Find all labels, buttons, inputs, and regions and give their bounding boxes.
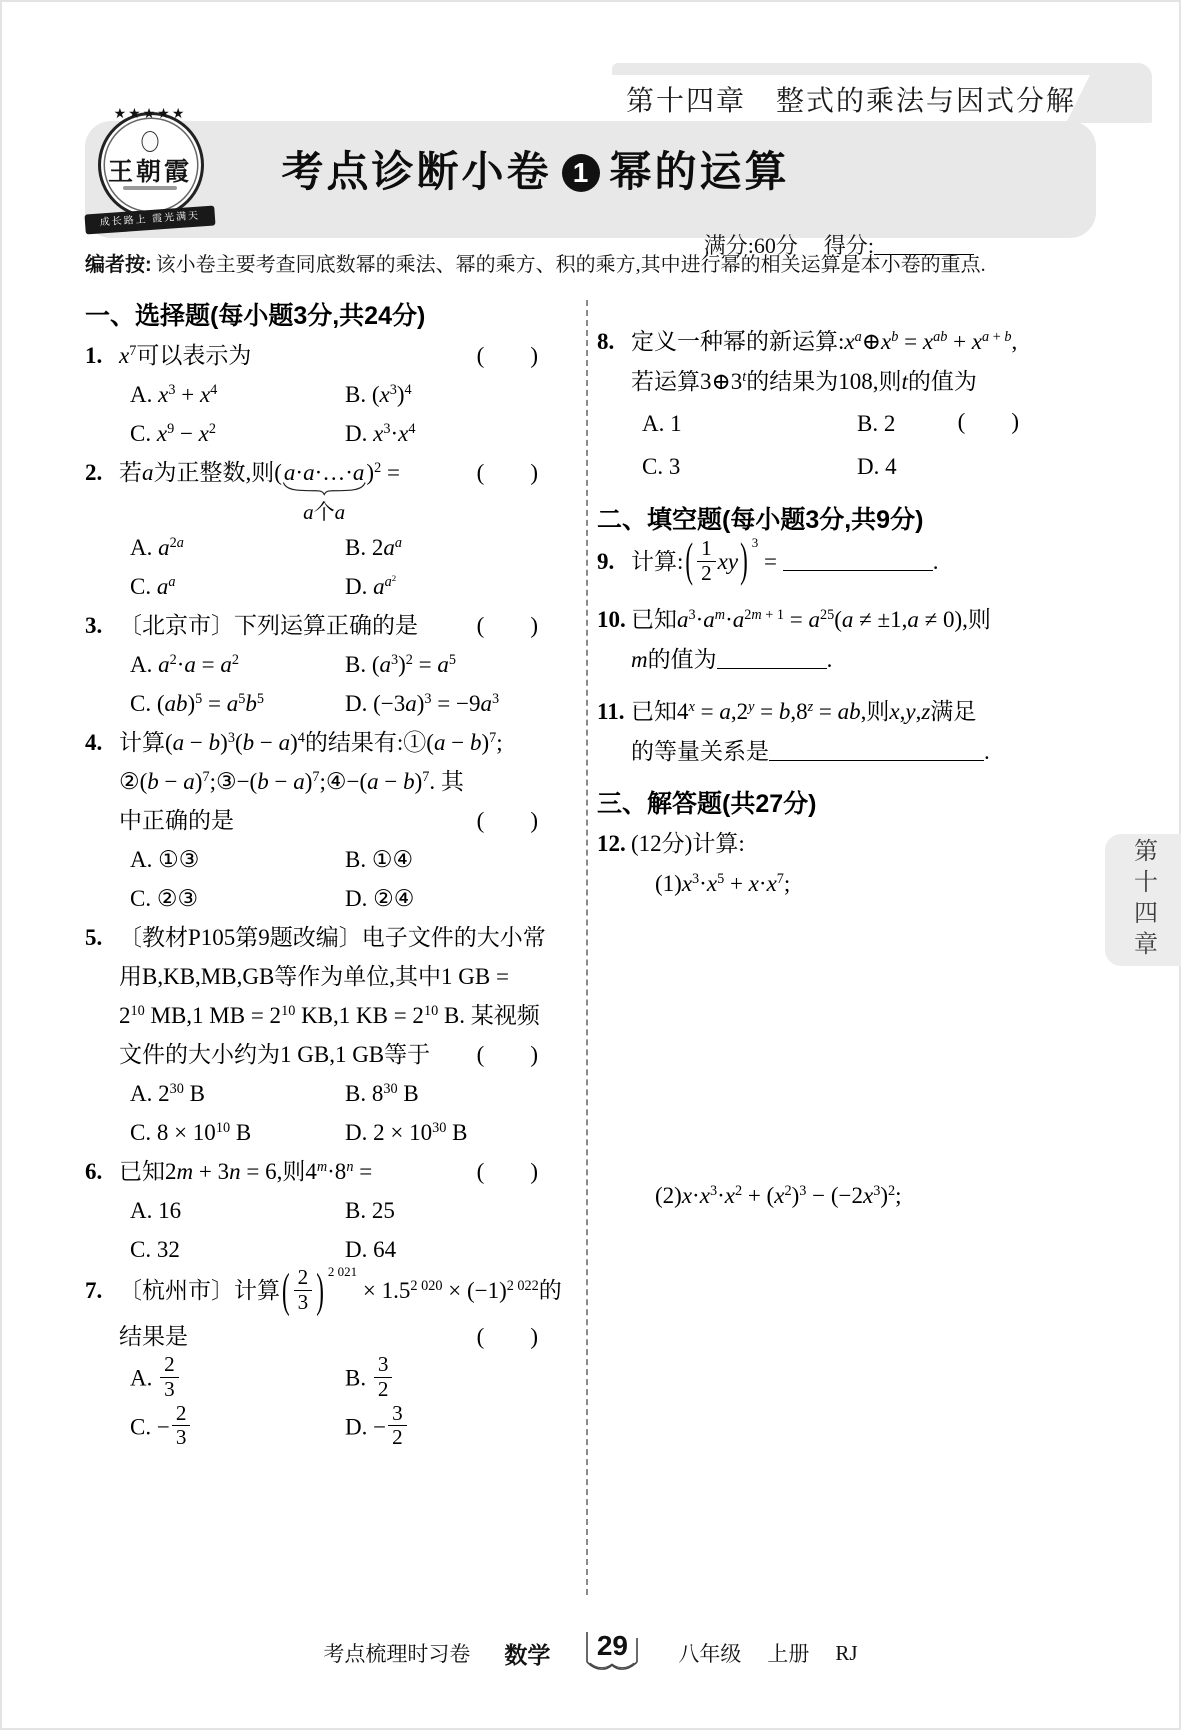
- question-text: (1)x3·x5 + x·x7;: [655, 871, 790, 896]
- option: C. x9 − x2: [130, 414, 345, 453]
- question-line: 7.〔杭州市〕计算(23)2 021 × 1.52 020 × (−1)2 02…: [85, 1269, 540, 1317]
- editor-note-text: 该小卷主要考查同底数幂的乘法、幂的乘方、积的乘方,其中进行幂的相关运算是本小卷的…: [156, 254, 986, 276]
- options: A. a2·a = a2B. (a3)2 = a5C. (ab)5 = a5b5…: [85, 645, 540, 723]
- underbrace-label: a个a: [303, 493, 345, 532]
- question-text: (2)x·x3·x2 + (x2)3 − (−2x3)2;: [655, 1183, 902, 1208]
- option: B. 32: [345, 1356, 540, 1404]
- question-text: 计算(a − b)3(b − a)4的结果有:①(a − b)7;: [119, 730, 503, 755]
- question-7: 7.〔杭州市〕计算(23)2 021 × 1.52 020 × (−1)2 02…: [85, 1269, 540, 1453]
- question-text: 〔北京市〕下列运算正确的是: [119, 613, 418, 638]
- question-text: 210 MB,1 MB = 210 KB,1 KB = 210 B. 某视频: [119, 1003, 540, 1028]
- option: B. ①④: [345, 840, 540, 879]
- question-text: 若运算3⊕3t的结果为108,则t的值为: [631, 369, 977, 394]
- option: D. 4: [857, 445, 1021, 488]
- question-number: 7.: [85, 1271, 119, 1310]
- question-text: 的等量关系是.: [631, 739, 990, 764]
- question-line: 6.已知2m + 3n = 6,则4m·8n =( ): [85, 1152, 540, 1191]
- option: A. ①③: [130, 840, 345, 879]
- options: A. x3 + x4B. (x3)4C. x9 − x2D. x3·x4: [85, 375, 540, 453]
- question-line: 9.计算:(12xy)3 = .: [597, 540, 1021, 588]
- question-line: ②(b − a)7;③−(b − a)7;④−(a − b)7. 其: [85, 762, 540, 801]
- question-number: 8.: [597, 322, 631, 362]
- options: A. 23B. 32C. −23D. −32: [85, 1356, 540, 1453]
- option: C. 8 × 1010 B: [130, 1113, 345, 1152]
- answer-parens: ( ): [477, 606, 538, 645]
- options: A. 16B. 25C. 32D. 64: [85, 1191, 540, 1269]
- question-text: )2 =: [366, 460, 400, 485]
- question-line: m的值为.: [597, 640, 1021, 680]
- question-text: ②(b − a)7;③−(b − a)7;④−(a − b)7. 其: [119, 769, 464, 794]
- stars-icon: ★★★★★: [88, 106, 212, 122]
- question-number: 12.: [597, 824, 631, 864]
- option: C. 32: [130, 1230, 345, 1269]
- question-3: 3.〔北京市〕下列运算正确的是( )A. a2·a = a2B. (a3)2 =…: [85, 606, 540, 723]
- question-text: 已知2m + 3n = 6,则4m·8n =: [119, 1159, 372, 1184]
- option: B. 2aa: [345, 528, 540, 567]
- section-heading: 三、解答题(共27分): [597, 784, 1021, 824]
- question-text: 已知4x = a,2y = b,8z = ab,则x,y,z满足: [631, 699, 976, 724]
- question-number: 6.: [85, 1152, 119, 1191]
- question-8: 8.定义一种幂的新运算:xa⊕xb = xab + xa + b,若运算3⊕3t…: [597, 322, 1021, 488]
- question-line: (2)x·x3·x2 + (x2)3 − (−2x3)2;: [597, 1176, 1021, 1216]
- question-line: 结果是( ): [85, 1317, 540, 1356]
- question-number: 11.: [597, 692, 631, 732]
- question-text: 用B,KB,MB,GB等作为单位,其中1 GB =: [119, 964, 509, 989]
- answer-parens: ( ): [477, 1317, 538, 1356]
- options: A. 230 BB. 830 BC. 8 × 1010 BD. 2 × 1030…: [85, 1074, 540, 1152]
- page-title-suffix: 幂的运算: [610, 148, 790, 195]
- question-line: 11.已知4x = a,2y = b,8z = ab,则x,y,z满足: [597, 692, 1021, 732]
- question-line: 5.〔教材P105第9题改编〕电子文件的大小常: [85, 918, 540, 957]
- option: D. x3·x4: [345, 414, 540, 453]
- page-title: 考点诊断小卷1幂的运算: [85, 139, 1096, 199]
- footer-edition: RJ: [835, 1641, 857, 1666]
- question-line: (1)x3·x5 + x·x7;: [597, 864, 1021, 904]
- question-line: 2.若a为正整数,则(a·a·…·aa个a)2 =( ): [85, 453, 540, 492]
- section-heading: 一、选择题(每小题3分,共24分): [85, 296, 540, 336]
- question-line: 1.x7可以表示为( ): [85, 336, 540, 375]
- footer-series: 考点梳理时习卷: [323, 1638, 470, 1668]
- question-number: 5.: [85, 918, 119, 957]
- circled-1-icon: 1: [562, 154, 600, 192]
- question-line: 用B,KB,MB,GB等作为单位,其中1 GB =: [85, 957, 540, 996]
- question-number: 1.: [85, 336, 119, 375]
- question-text: 〔教材P105第9题改编〕电子文件的大小常: [119, 925, 546, 950]
- question-1: 1.x7可以表示为( )A. x3 + x4B. (x3)4C. x9 − x2…: [85, 336, 540, 453]
- left-column: 一、选择题(每小题3分,共24分)1.x7可以表示为( )A. x3 + x4B…: [85, 296, 540, 1453]
- question-text: 计算:(12xy)3 = .: [631, 549, 938, 574]
- question-2: 2.若a为正整数,则(a·a·…·aa个a)2 =( )A. a2aB. 2aa…: [85, 453, 540, 606]
- question-number: 2.: [85, 453, 119, 492]
- option: A. 1: [642, 402, 857, 445]
- question-line: 8.定义一种幂的新运算:xa⊕xb = xab + xa + b,: [597, 322, 1021, 362]
- portrait-icon: [142, 131, 159, 152]
- question-line: 中正确的是( ): [85, 801, 540, 840]
- option: A. 16: [130, 1191, 345, 1230]
- question-6: 6.已知2m + 3n = 6,则4m·8n =( )A. 16B. 25C. …: [85, 1152, 540, 1269]
- option: C. ②③: [130, 879, 345, 918]
- question-number: 10.: [597, 600, 631, 640]
- worksheet-page: 第十四章 整式的乘法与因式分解 考点诊断小卷1幂的运算 满分:60分得分: ★★…: [0, 0, 1181, 1730]
- question-text: 已知a3·am·a2m + 1 = a25(a ≠ ±1,a ≠ 0),则: [631, 607, 991, 632]
- editor-note: 编者按:该小卷主要考查同底数幂的乘法、幂的乘方、积的乘方,其中进行幂的相关运算是…: [85, 248, 1096, 277]
- question-text: 文件的大小约为1 GB,1 GB等于: [119, 1042, 430, 1067]
- option: D. −32: [345, 1405, 540, 1453]
- page-title-prefix: 考点诊断小卷: [281, 148, 551, 195]
- question-line: 210 MB,1 MB = 210 KB,1 KB = 210 B. 某视频: [85, 996, 540, 1035]
- page-number: 29: [580, 1630, 644, 1662]
- option: D. ②④: [345, 879, 540, 918]
- question-line: 若运算3⊕3t的结果为108,则t的值为: [597, 362, 1021, 402]
- answer-parens: ( ): [477, 1152, 538, 1191]
- underbrace-group: a·a·…·aa个a: [282, 453, 367, 492]
- title-banner: 考点诊断小卷1幂的运算 满分:60分得分:: [85, 121, 1096, 238]
- question-line: 10.已知a3·am·a2m + 1 = a25(a ≠ ±1,a ≠ 0),则: [597, 600, 1021, 640]
- footer-volume: 上册: [767, 1638, 809, 1668]
- option: B. (a3)2 = a5: [345, 645, 540, 684]
- chapter-header-text: 第十四章 整式的乘法与因式分解: [626, 79, 1076, 119]
- footer-grade: 八年级: [678, 1638, 741, 1668]
- option: A. 23: [130, 1356, 345, 1404]
- question-number: 9.: [597, 542, 631, 582]
- options: A. a2aB. 2aaC. aaD. aa2: [85, 528, 540, 606]
- question-line: 12.(12分)计算:: [597, 824, 1021, 864]
- question-number: 3.: [85, 606, 119, 645]
- question-text: x7可以表示为: [119, 343, 251, 368]
- option: B. 830 B: [345, 1074, 540, 1113]
- question-11: 11.已知4x = a,2y = b,8z = ab,则x,y,z满足的等量关系…: [597, 692, 1021, 772]
- option: A. a2a: [130, 528, 345, 567]
- question-line: 的等量关系是.: [597, 732, 1021, 772]
- section-heading: 二、填空题(每小题3分,共9分): [597, 500, 1021, 540]
- option: D. 64: [345, 1230, 540, 1269]
- option: D. aa2: [345, 567, 540, 606]
- question-text: 定义一种幂的新运算:xa⊕xb = xab + xa + b,: [631, 329, 1017, 354]
- editor-note-label: 编者按:: [85, 254, 152, 276]
- answer-parens: ( ): [477, 453, 538, 492]
- option: C. (ab)5 = a5b5: [130, 684, 345, 723]
- question-text: (12分)计算:: [631, 831, 745, 856]
- question-text: 结果是: [119, 1324, 188, 1349]
- option: B. (x3)4: [345, 375, 540, 414]
- question-line: 3.〔北京市〕下列运算正确的是( ): [85, 606, 540, 645]
- page-footer: 考点梳理时习卷 数学 29 八年级 上册 RJ: [0, 1630, 1181, 1676]
- logo-name: 王朝霞: [88, 152, 212, 188]
- option: D. 2 × 1030 B: [345, 1113, 540, 1152]
- answer-parens: ( ): [958, 402, 1019, 442]
- page-number-book-icon: 29: [580, 1630, 644, 1676]
- question-number: 4.: [85, 723, 119, 762]
- option: B. 25: [345, 1191, 540, 1230]
- right-column: 8.定义一种幂的新运算:xa⊕xb = xab + xa + b,若运算3⊕3t…: [597, 322, 1021, 1228]
- question-text: 〔杭州市〕计算(23)2 021 × 1.52 020 × (−1)2 022的: [119, 1278, 562, 1303]
- option: C. aa: [130, 567, 345, 606]
- question-text: m的值为.: [631, 647, 832, 672]
- option: C. 3: [642, 445, 857, 488]
- chapter-side-tab: 第十四章: [1105, 834, 1181, 966]
- answer-parens: ( ): [477, 1035, 538, 1074]
- option: C. −23: [130, 1405, 345, 1453]
- option: A. a2·a = a2: [130, 645, 345, 684]
- question-10: 10.已知a3·am·a2m + 1 = a25(a ≠ ±1,a ≠ 0),则…: [597, 600, 1021, 680]
- option: D. (−3a)3 = −9a3: [345, 684, 540, 723]
- option: A. x3 + x4: [130, 375, 345, 414]
- answer-parens: ( ): [477, 801, 538, 840]
- answer-parens: ( ): [477, 336, 538, 375]
- column-divider: [586, 300, 588, 1595]
- options: A. ①③B. ①④C. ②③D. ②④: [85, 840, 540, 918]
- logo-small-text: [123, 186, 177, 190]
- question-12: 12.(12分)计算:(1)x3·x5 + x·x7;(2)x·x3·x2 + …: [597, 824, 1021, 1216]
- question-text: 若a为正整数,则(: [119, 460, 282, 485]
- question-line: 文件的大小约为1 GB,1 GB等于( ): [85, 1035, 540, 1074]
- question-line: 4.计算(a − b)3(b − a)4的结果有:①(a − b)7;: [85, 723, 540, 762]
- brand-logo: ★★★★★ 王朝霞 成长路上 霞光满天: [88, 104, 212, 230]
- question-text: 中正确的是: [119, 808, 234, 833]
- option: A. 230 B: [130, 1074, 345, 1113]
- question-9: 9.计算:(12xy)3 = .: [597, 540, 1021, 588]
- question-4: 4.计算(a − b)3(b − a)4的结果有:①(a − b)7;②(b −…: [85, 723, 540, 918]
- chapter-header: 第十四章 整式的乘法与因式分解: [612, 75, 1090, 123]
- question-5: 5.〔教材P105第9题改编〕电子文件的大小常用B,KB,MB,GB等作为单位,…: [85, 918, 540, 1152]
- footer-subject: 数学: [504, 1637, 550, 1670]
